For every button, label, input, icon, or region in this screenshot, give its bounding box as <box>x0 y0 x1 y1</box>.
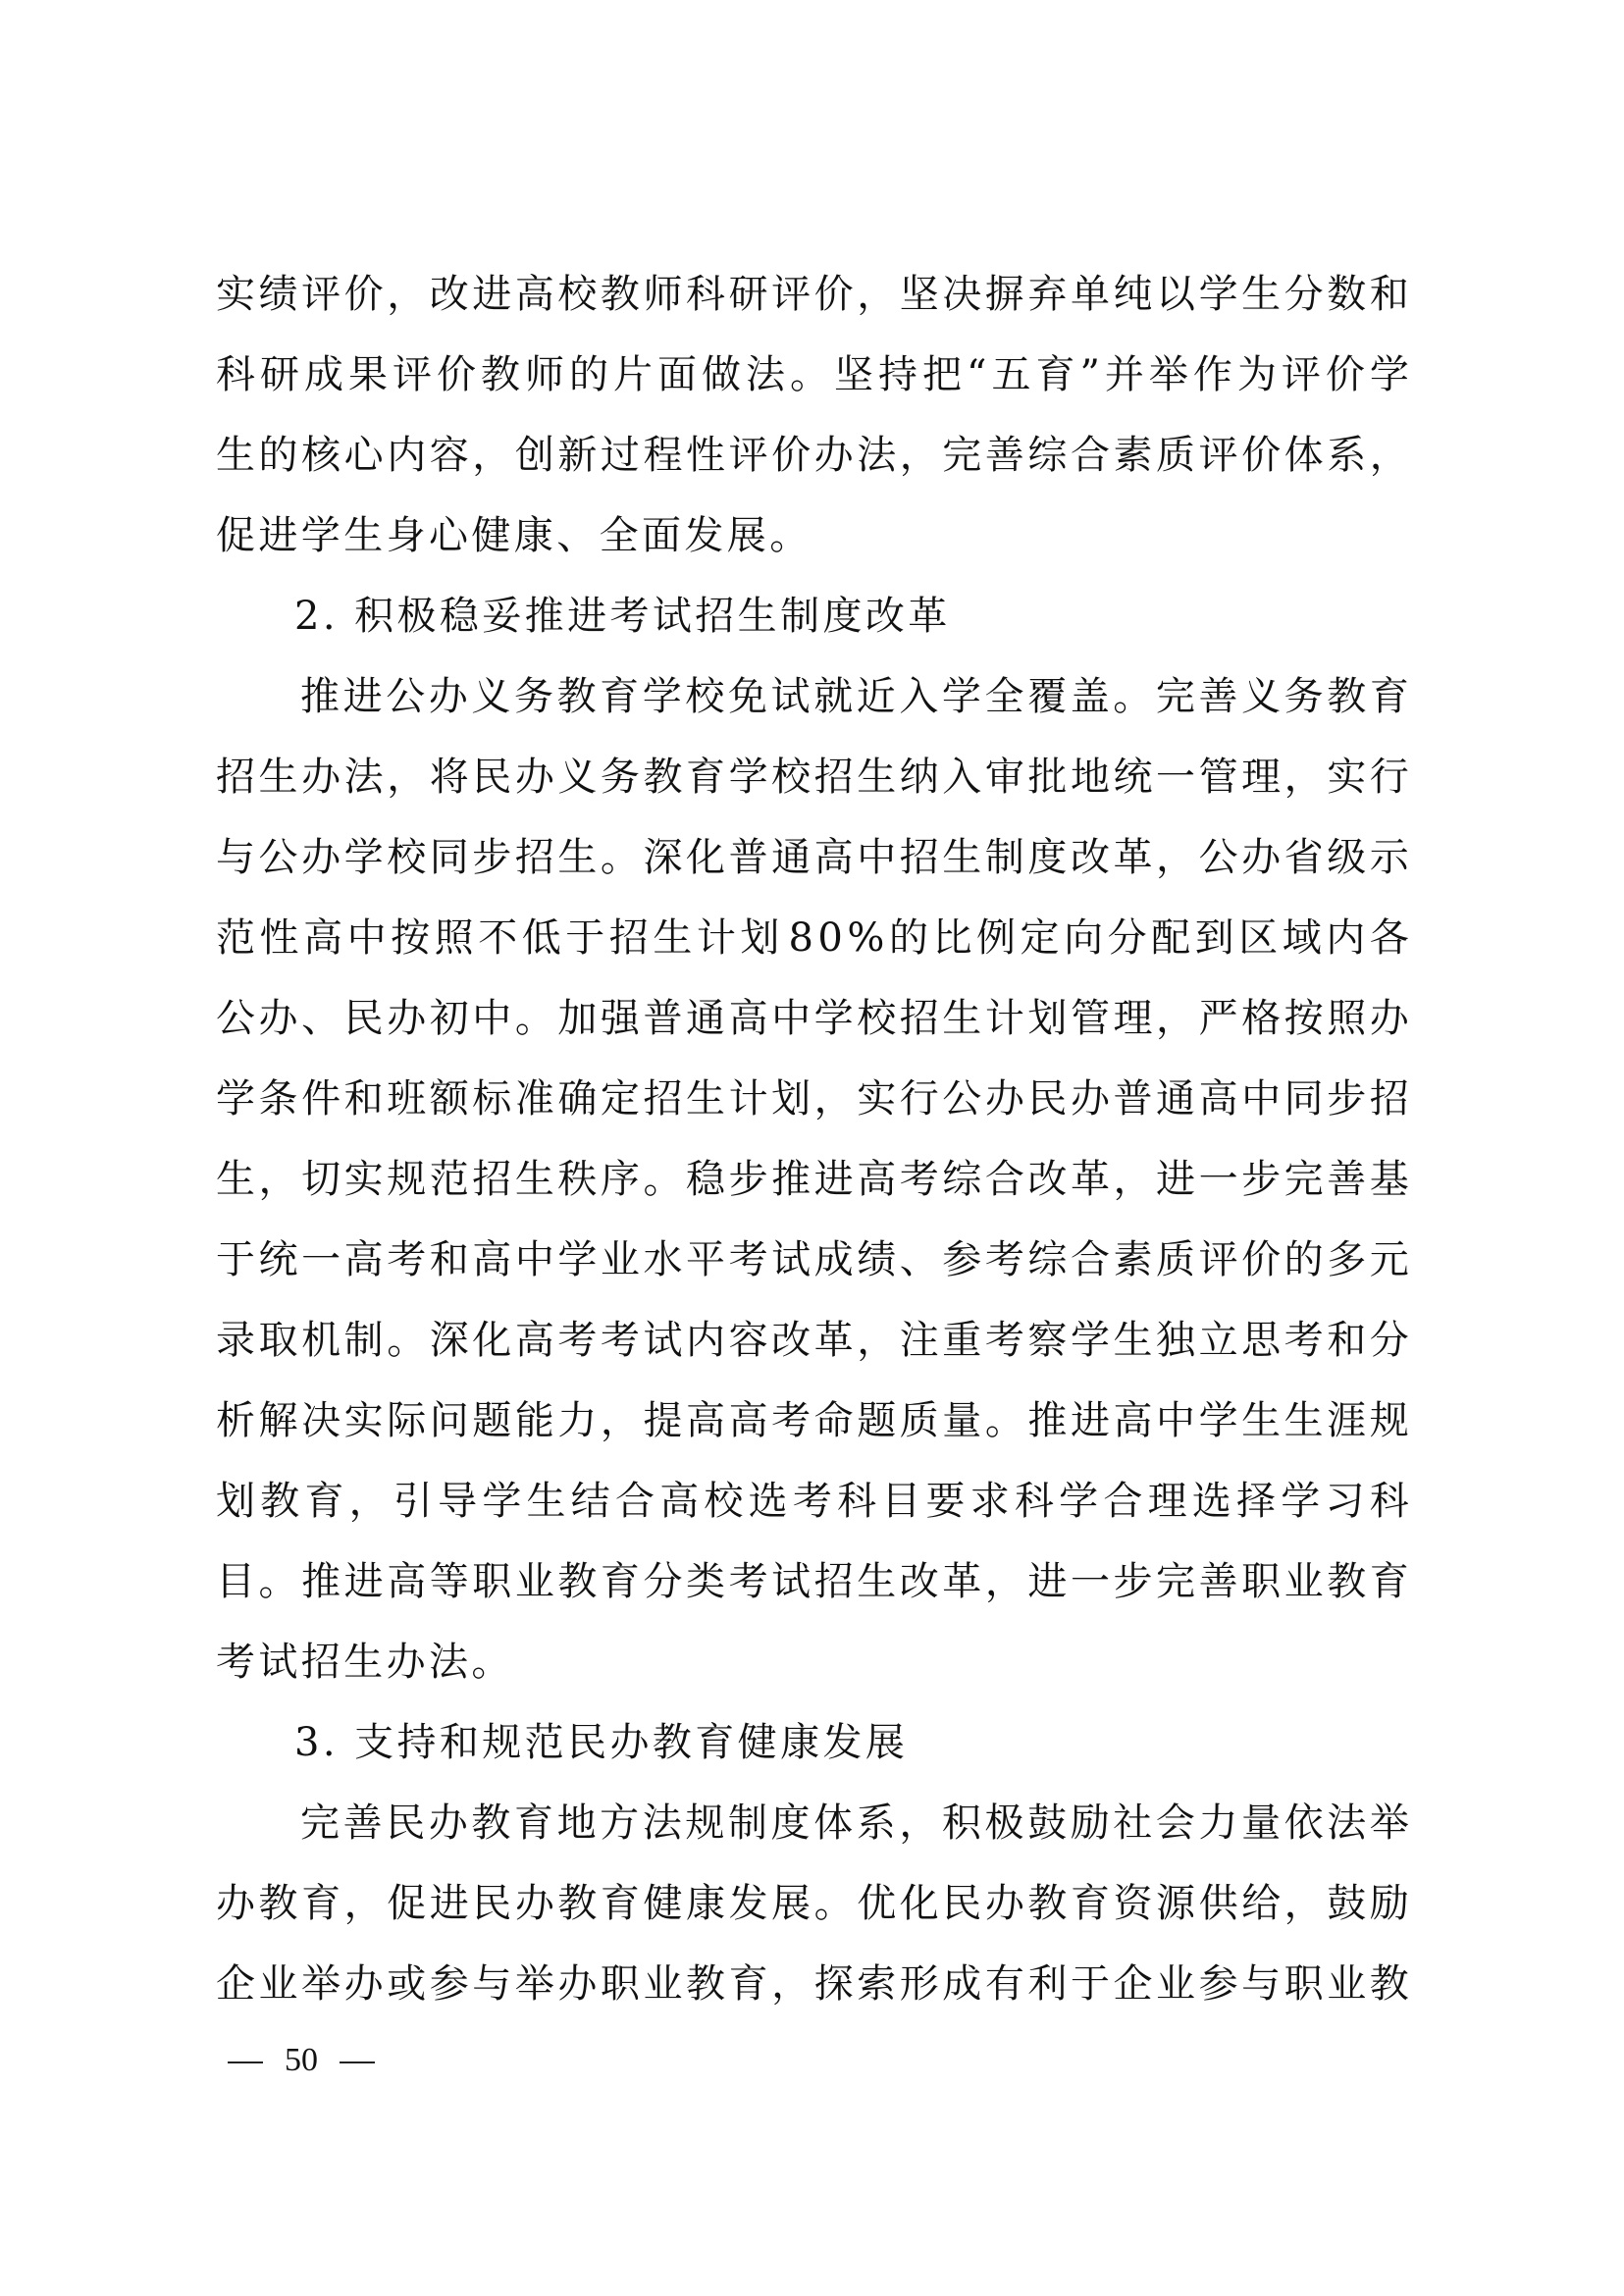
paragraph-line: 目。推进高等职业教育分类考试招生改革，进一步完善职业教育 <box>216 1557 1409 1606</box>
paragraph-line: 范性高中按照不低于招生计划 80%的比例定向分配到区域内各 <box>216 913 1409 963</box>
paragraph-line: 招生办法，将民办义务教育学校招生纳入审批地统一管理，实行 <box>216 753 1409 802</box>
paragraph-line: 划教育，引导学生结合高校选考科目要求科学合理选择学习科 <box>216 1477 1409 1526</box>
paragraph-line: 考试招生办法。 <box>216 1638 1409 1687</box>
paragraph-line: 于统一高考和高中学业水平考试成绩、参考综合素质评价的多元 <box>216 1235 1409 1284</box>
dash-left <box>228 2061 263 2063</box>
dash-right <box>340 2061 375 2063</box>
paragraph-line: 办教育，促进民办教育健康发展。优化民办教育资源供给，鼓励 <box>216 1879 1409 1928</box>
paragraph-line: 与公办学校同步招生。深化普通高中招生制度改革，公办省级示 <box>216 833 1409 882</box>
page-number: 50 <box>228 2041 375 2080</box>
section-heading: 3. 支持和规范民办教育健康发展 <box>294 1718 908 1767</box>
paragraph-line: 完善民办教育地方法规制度体系，积极鼓励社会力量依法举 <box>300 1799 1409 1848</box>
document-page: 实绩评价，改进高校教师科研评价，坚决摒弃单纯以学生分数和 科研成果评价教师的片面… <box>0 0 1624 2296</box>
paragraph-line: 推进公办义务教育学校免试就近入学全覆盖。完善义务教育 <box>300 672 1409 721</box>
paragraph-line: 学条件和班额标准确定招生计划，实行公办民办普通高中同步招 <box>216 1074 1409 1123</box>
paragraph-line: 科研成果评价教师的片面做法。坚持把“五育”并举作为评价学 <box>216 350 1409 399</box>
paragraph-line: 促进学生身心健康、全面发展。 <box>216 511 1409 560</box>
paragraph-line: 生，切实规范招生秩序。稳步推进高考综合改革，进一步完善基 <box>216 1155 1409 1204</box>
page-number-value: 50 <box>285 2041 318 2080</box>
paragraph-line: 公办、民办初中。加强普通高中学校招生计划管理，严格按照办 <box>216 994 1409 1043</box>
paragraph-line: 析解决实际问题能力，提高高考命题质量。推进高中学生生涯规 <box>216 1396 1409 1445</box>
paragraph-line: 录取机制。深化高考考试内容改革，注重考察学生独立思考和分 <box>216 1316 1409 1365</box>
paragraph-line: 实绩评价，改进高校教师科研评价，坚决摒弃单纯以学生分数和 <box>216 270 1409 319</box>
section-heading: 2. 积极稳妥推进考试招生制度改革 <box>294 592 951 641</box>
paragraph-line: 生的核心内容，创新过程性评价办法，完善综合素质评价体系， <box>216 431 1409 480</box>
paragraph-line: 企业举办或参与举办职业教育，探索形成有利于企业参与职业教 <box>216 1959 1409 2009</box>
